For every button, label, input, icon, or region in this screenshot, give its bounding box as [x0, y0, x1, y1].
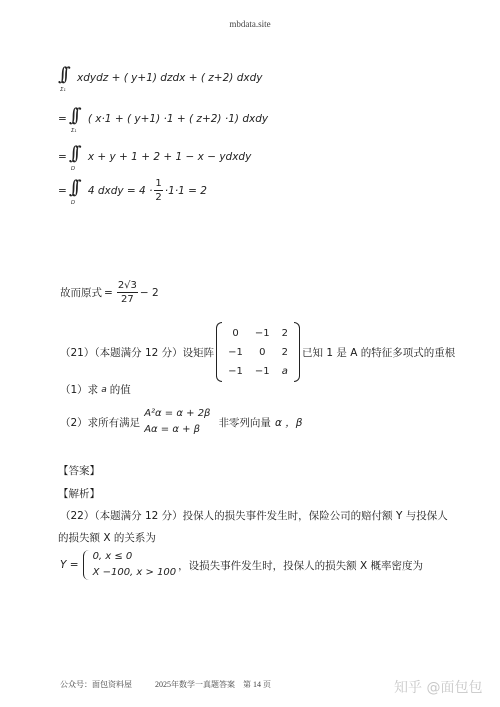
double-integral-icon: ∫∫ Σ₁ [58, 67, 74, 89]
matrix-a: 0−12 −102 −1−1a [216, 322, 300, 382]
derivation-line-1: ∫∫ Σ₁ xdydz + ( y+1) dzdx + ( z+2) dxdy [58, 67, 262, 89]
brace-icon [83, 550, 90, 580]
q21-intro: （21）（本题满分 12 分）设矩阵 [60, 345, 214, 360]
derivation-line-2: = ∫∫ Σ₁ ( x·1 + ( y+1) ·1 + ( z+2) ·1) d… [58, 108, 268, 130]
result-label: 故而原式 [60, 285, 102, 300]
derivation-expr: ( x·1 + ( y+1) ·1 + ( z+2) ·1) dxdy [88, 113, 268, 125]
equation-system: A²α = α + 2β Aα = α + β [144, 406, 210, 438]
derivation-expr: xdydz + ( y+1) dzdx + ( z+2) dxdy [77, 72, 262, 84]
double-integral-icon: ∫∫ D [69, 180, 85, 202]
q21-outro: 已知 1 是 A 的特征多项式的重根 [302, 345, 455, 360]
derivation-expr: ·1·1 = 2 [165, 185, 207, 197]
footer-page-info: 2025年数学一真题答案 第 14 页 [155, 679, 271, 690]
derivation-line-4: = ∫∫ D 4 dxdy = 4 · 1 2 ·1·1 = 2 [58, 178, 207, 203]
result-tail: − 2 [140, 287, 159, 299]
derivation-expr: x + y + 1 + 2 + 1 − x − ydxdy [88, 151, 252, 163]
derivation-expr: 4 dxdy = 4 · [88, 185, 153, 197]
analysis-label: 【解析】 [58, 486, 100, 501]
q22-line-1: （22）（本题满分 12 分）投保人的损失事件发生时，保险公司的赔付额 Y 与投… [60, 508, 448, 523]
zhihu-watermark: 知乎 @面包包 [394, 677, 482, 697]
q21-statement: （21）（本题满分 12 分）设矩阵 0−12 −102 −1−1a 已知 1 … [60, 322, 455, 382]
double-integral-icon: ∫∫ D [69, 146, 85, 168]
answer-label: 【答案】 [58, 463, 100, 478]
fraction: 1 2 [154, 178, 162, 203]
q21-part2: （2）求所有满足 A²α = α + 2β Aα = α + β 非零列向量 α… [60, 406, 302, 438]
piecewise-cases: 0, x ≤ 0 X −100, x > 100 [93, 549, 177, 581]
footer-account: 公众号：面包资料屋 [60, 679, 132, 690]
result-line: 故而原式 = 2√3 27 − 2 [60, 280, 159, 305]
result-fraction: 2√3 27 [117, 280, 138, 305]
site-header: mbdata.site [0, 19, 500, 29]
q22-piecewise: Y = 0, x ≤ 0 X −100, x > 100 ，设损失事件发生时，投… [60, 549, 423, 581]
q22-line-2: 的损失额 X 的关系为 [58, 530, 156, 545]
derivation-line-3: = ∫∫ D x + y + 1 + 2 + 1 − x − ydxdy [58, 146, 251, 168]
q21-part1: （1）求 a 的值 [60, 382, 131, 397]
double-integral-icon: ∫∫ Σ₁ [69, 108, 85, 130]
